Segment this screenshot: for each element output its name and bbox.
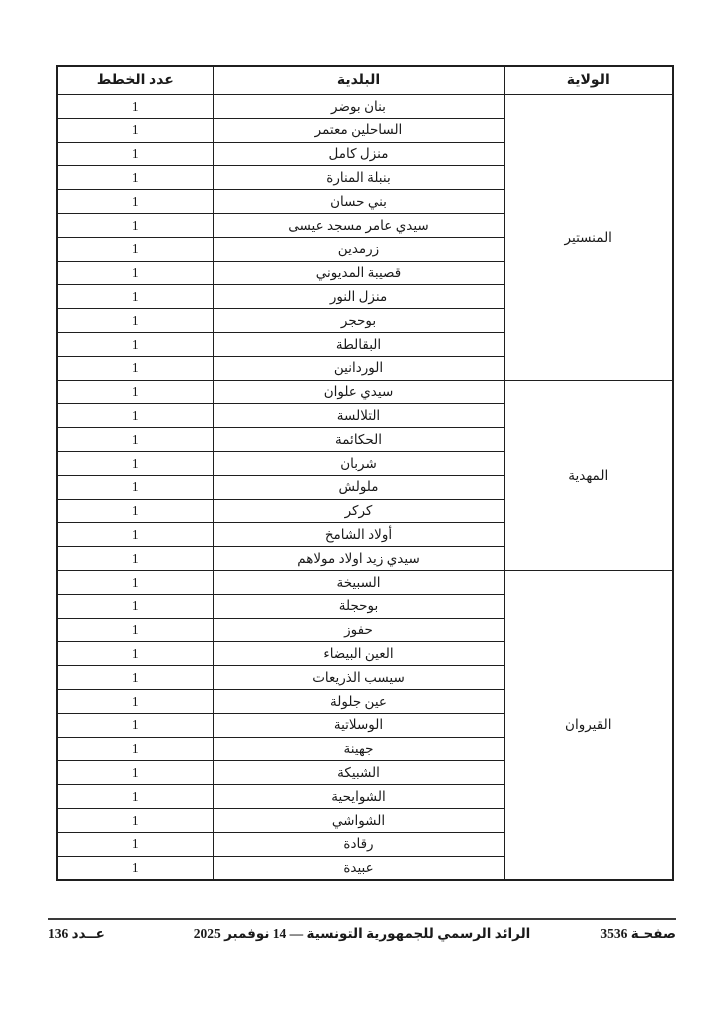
footer-divider [48, 918, 676, 920]
plan-count-cell: 1 [57, 570, 213, 594]
municipality-cell: زرمدين [213, 237, 504, 261]
plan-count-cell: 1 [57, 285, 213, 309]
plan-count-cell: 1 [57, 166, 213, 190]
municipality-cell: البقالطة [213, 332, 504, 356]
municipality-cell: عين جلولة [213, 689, 504, 713]
plan-count-cell: 1 [57, 118, 213, 142]
plan-count-cell: 1 [57, 499, 213, 523]
municipality-cell: الوسلاتية [213, 713, 504, 737]
footer-issue-number: عــدد 136 [48, 926, 105, 942]
municipality-cell: قصيبة المديوني [213, 261, 504, 285]
plan-count-cell: 1 [57, 856, 213, 880]
plan-count-cell: 1 [57, 713, 213, 737]
plan-count-cell: 1 [57, 785, 213, 809]
plan-count-cell: 1 [57, 142, 213, 166]
plan-count-cell: 1 [57, 808, 213, 832]
plan-count-cell: 1 [57, 380, 213, 404]
plan-count-cell: 1 [57, 689, 213, 713]
municipality-cell: شربان [213, 451, 504, 475]
municipality-cell: بنان بوضر [213, 95, 504, 119]
plan-count-cell: 1 [57, 404, 213, 428]
plan-count-cell: 1 [57, 237, 213, 261]
municipality-cell: سيدي عامر مسجد عيسى [213, 213, 504, 237]
municipality-cell: بنبلة المنارة [213, 166, 504, 190]
municipality-cell: حفوز [213, 618, 504, 642]
table-row: المنستيربنان بوضر1 [57, 95, 673, 119]
header-municipality: البلدية [213, 66, 504, 95]
municipality-cell: سيدي زيد اولاد مولاهم [213, 547, 504, 571]
table-header-row: الولاية البلدية عدد الخطط [57, 66, 673, 95]
plan-count-cell: 1 [57, 832, 213, 856]
municipality-cell: الشواشي [213, 808, 504, 832]
plan-count-cell: 1 [57, 737, 213, 761]
municipality-cell: سيسب الذريعات [213, 666, 504, 690]
municipality-cell: ملولش [213, 475, 504, 499]
plan-count-cell: 1 [57, 213, 213, 237]
municipalities-table: الولاية البلدية عدد الخطط المنستيربنان ب… [56, 65, 674, 881]
plan-count-cell: 1 [57, 190, 213, 214]
plan-count-cell: 1 [57, 547, 213, 571]
municipality-cell: الشوايحية [213, 785, 504, 809]
plan-count-cell: 1 [57, 451, 213, 475]
plan-count-cell: 1 [57, 666, 213, 690]
governorate-cell: المنستير [504, 95, 673, 381]
governorate-cell: القيروان [504, 570, 673, 880]
footer-journal-title: الرائد الرسمي للجمهورية التونسية — 14 نو… [0, 926, 724, 942]
municipality-cell: منزل النور [213, 285, 504, 309]
municipality-cell: التلالسة [213, 404, 504, 428]
table-body: المنستيربنان بوضر1الساحلين معتمر1منزل كا… [57, 95, 673, 881]
municipality-cell: بوحجلة [213, 594, 504, 618]
municipality-cell: أولاد الشامخ [213, 523, 504, 547]
table-row: القيروانالسبيخة1 [57, 570, 673, 594]
municipality-cell: الحكائمة [213, 428, 504, 452]
municipality-cell: سيدي علوان [213, 380, 504, 404]
plan-count-cell: 1 [57, 309, 213, 333]
municipality-cell: العين البيضاء [213, 642, 504, 666]
header-governorate: الولاية [504, 66, 673, 95]
gazette-page: { "table": { "headers": { "governorate":… [0, 0, 724, 1024]
governorate-cell: المهدية [504, 380, 673, 570]
municipality-cell: عبيدة [213, 856, 504, 880]
plan-count-cell: 1 [57, 428, 213, 452]
municipality-cell: الساحلين معتمر [213, 118, 504, 142]
municipality-cell: بوحجر [213, 309, 504, 333]
plan-count-cell: 1 [57, 761, 213, 785]
municipality-cell: منزل كامل [213, 142, 504, 166]
municipality-cell: جهينة [213, 737, 504, 761]
plan-count-cell: 1 [57, 642, 213, 666]
plan-count-cell: 1 [57, 332, 213, 356]
plan-count-cell: 1 [57, 356, 213, 380]
municipality-cell: بني حسان [213, 190, 504, 214]
municipality-cell: الشبيكة [213, 761, 504, 785]
plan-count-cell: 1 [57, 618, 213, 642]
header-plan-count: عدد الخطط [57, 66, 213, 95]
plan-count-cell: 1 [57, 261, 213, 285]
table-row: المهديةسيدي علوان1 [57, 380, 673, 404]
municipality-cell: كركر [213, 499, 504, 523]
municipality-cell: السبيخة [213, 570, 504, 594]
plan-count-cell: 1 [57, 95, 213, 119]
municipality-cell: الوردانين [213, 356, 504, 380]
municipality-cell: رقادة [213, 832, 504, 856]
plan-count-cell: 1 [57, 523, 213, 547]
plan-count-cell: 1 [57, 594, 213, 618]
plan-count-cell: 1 [57, 475, 213, 499]
